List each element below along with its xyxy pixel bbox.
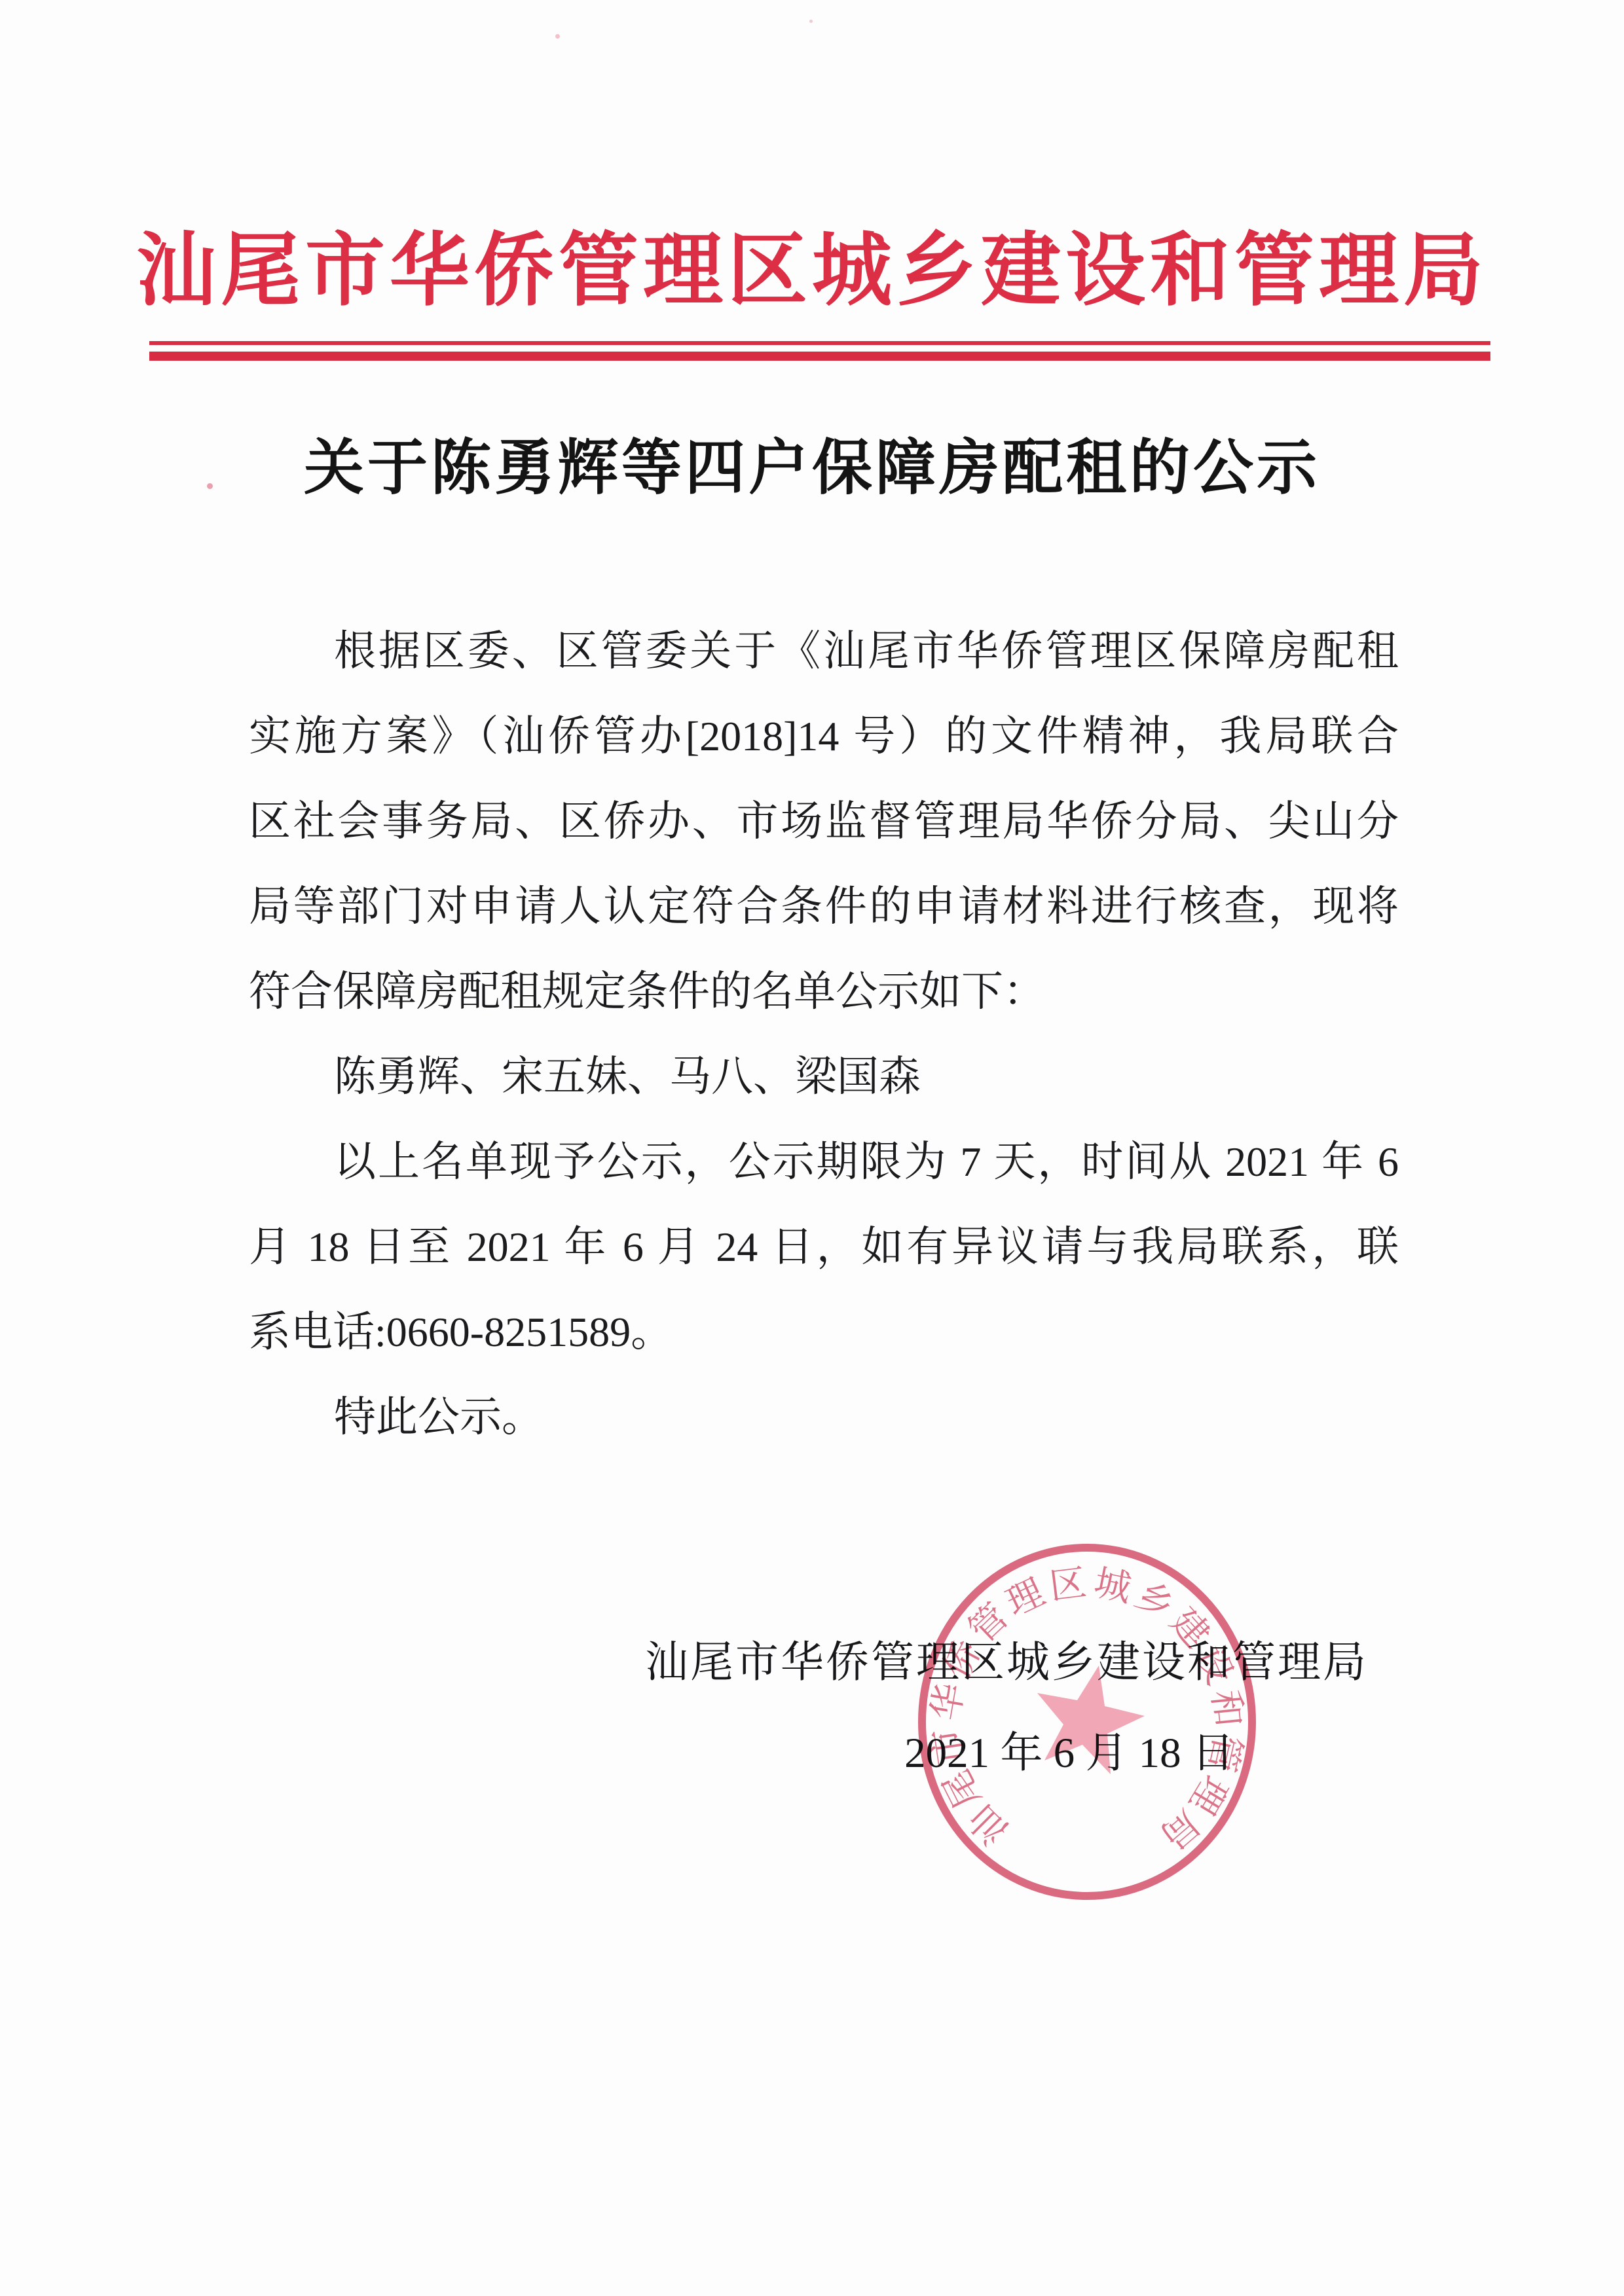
body-line: 符合保障房配租规定条件的名单公示如下： xyxy=(249,949,1399,1034)
notice-title: 关于陈勇辉等四户保障房配租的公示 xyxy=(0,433,1624,503)
scan-speck xyxy=(207,483,213,489)
body-line: 以上名单现予公示，公示期限为 7 天，时间从 2021 年 6 xyxy=(249,1120,1399,1205)
body-line: 实施方案》（汕侨管办[2018]14 号）的文件精神，我局联合 xyxy=(249,694,1399,779)
scan-speck xyxy=(555,34,560,39)
notice-body: 根据区委、区管委关于《汕尾市华侨管理区保障房配租 实施方案》（汕侨管办[2018… xyxy=(249,609,1399,1460)
body-line: 月 18 日至 2021 年 6 月 24 日，如有异议请与我局联系，联 xyxy=(249,1205,1399,1290)
body-line: 根据区委、区管委关于《汕尾市华侨管理区保障房配租 xyxy=(249,609,1399,694)
letterhead-rule-thin xyxy=(149,341,1490,345)
letterhead-rule-thick xyxy=(149,352,1490,361)
body-line: 区社会事务局、区侨办、市场监督管理局华侨分局、尖山分 xyxy=(249,779,1399,864)
scanned-notice-page: 汕尾市华侨管理区城乡建设和管理局 关于陈勇辉等四户保障房配租的公示 根据区委、区… xyxy=(0,0,1624,2296)
seal-star-icon xyxy=(1037,1666,1145,1774)
body-line: 局等部门对申请人认定符合条件的申请材料进行核查，现将 xyxy=(249,864,1399,949)
letterhead-org-name: 汕尾市华侨管理区城乡建设和管理局 xyxy=(0,228,1624,316)
body-line: 系电话:0660-8251589。 xyxy=(249,1290,1399,1375)
body-line: 陈勇辉、宋五妹、马八、梁国森 xyxy=(249,1034,1399,1120)
body-line: 特此公示。 xyxy=(249,1375,1399,1460)
official-seal: 汕尾市华侨管理区城乡建设和管理局 xyxy=(906,1536,1268,1910)
scan-speck xyxy=(809,20,813,23)
